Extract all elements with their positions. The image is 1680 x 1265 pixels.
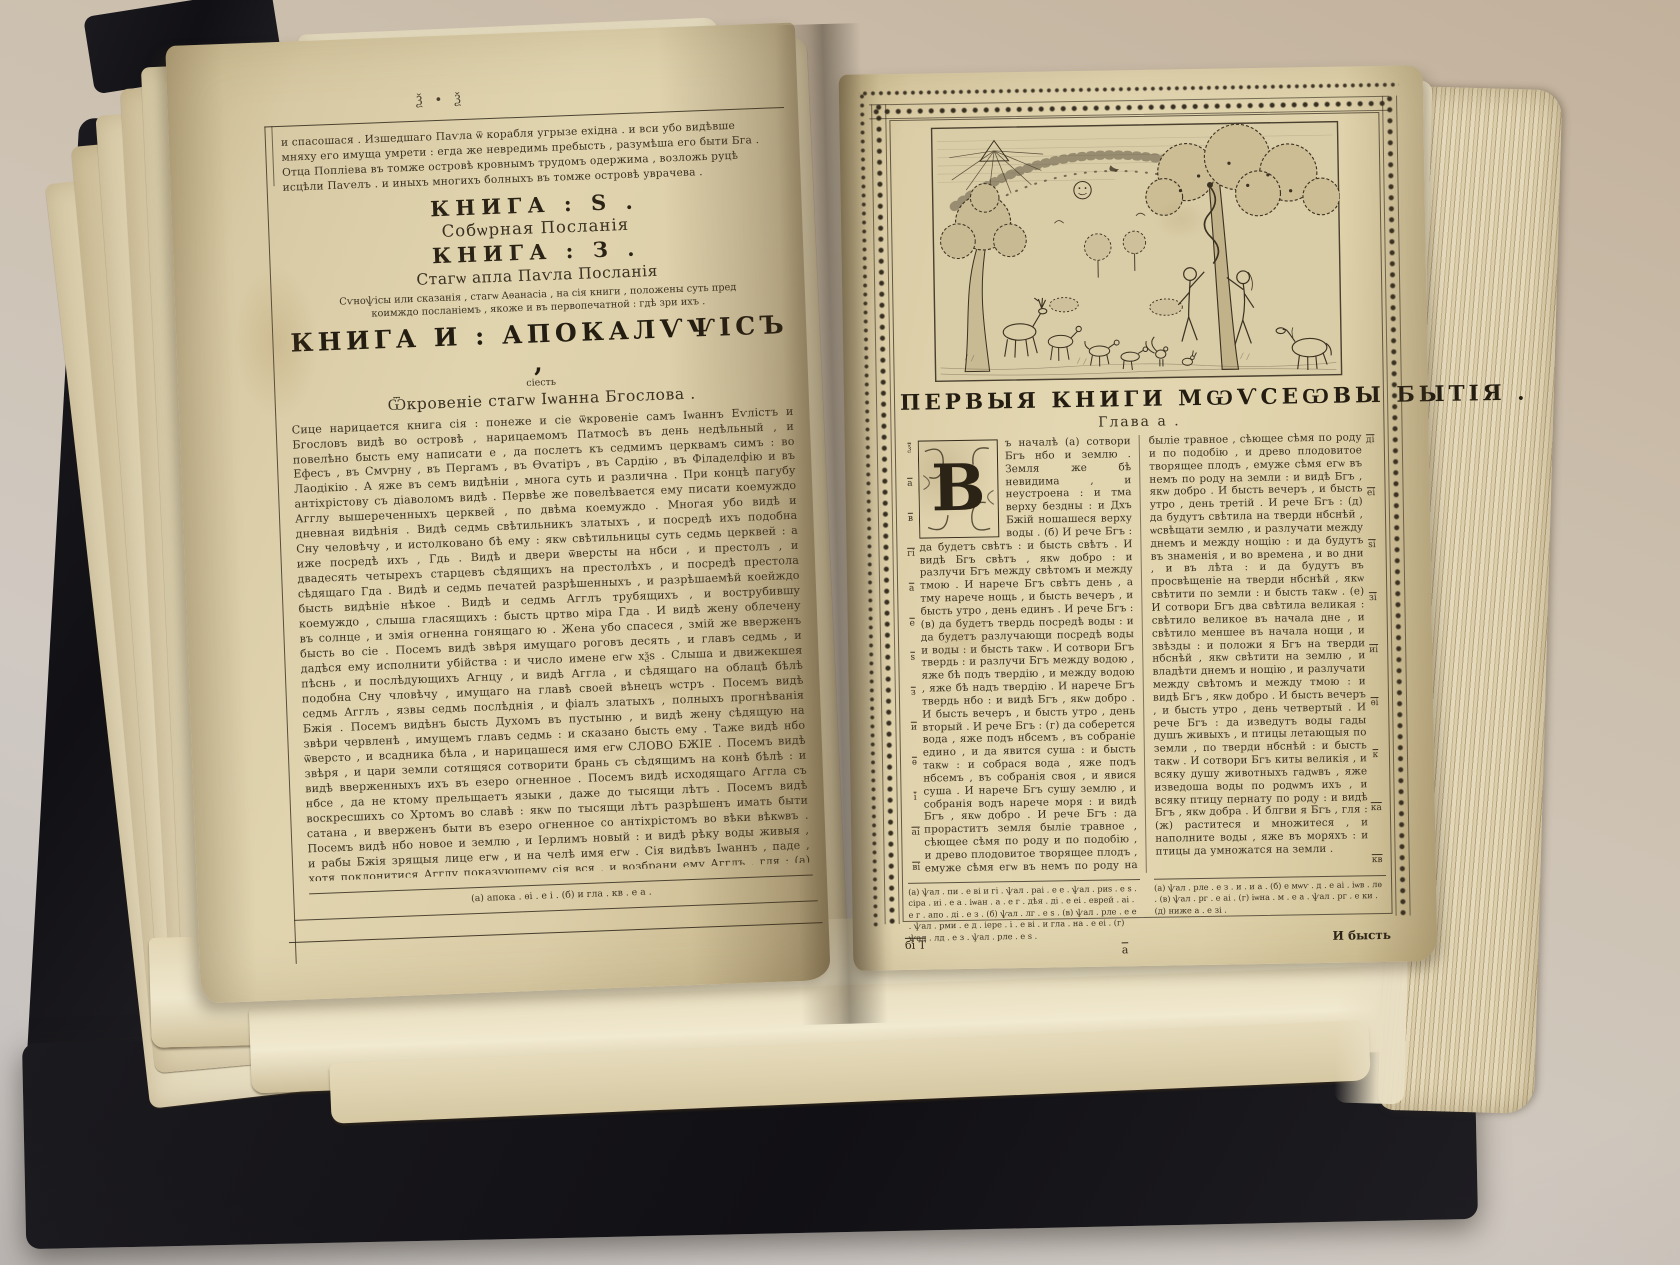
right-page: ПЕРВЫЯ КНИГИ МѠѴСЕѠВЫ БЫТІЯ . Глава а . … [839,65,1438,971]
left-page-footnote: (а) апока . ѳі . е і . (б) и гла . кв . … [309,880,813,910]
border-ornament-top-outer [859,80,1399,99]
folio-number: а [1122,943,1129,956]
decorated-initial-V: В [918,439,1000,538]
catchword: И бысть [1332,928,1391,943]
footnotes: (а) ѱал . пи . е ві и гі . ѱал . раі . е… [908,875,1387,944]
genesis-column-1: В ъ началѣ (а) сотвори Бгъ нбо и землю .… [918,435,1138,876]
signature-mark-left: бі Т [905,939,926,952]
genesis-text-columns: ѯавгіаеѕзиѳіаіві В ъ началѣ (а) сотвори … [901,431,1386,877]
left-page: Ѯ • Ѯ и спасошася . Изшедшаго Паѵла ѿ ко… [165,23,830,1004]
genesis-column-2: быліе травное , сѣющее сѣмя по роду и по… [1139,431,1369,873]
running-text: и спасошася . Изшедшаго Паѵла ѿ корабля … [281,117,785,196]
frame-bottom-rule-outer [289,922,823,943]
footnote-column-1: (а) ѱал . пи . е ві и гі . ѱал . раі . е… [908,879,1141,944]
left-page-text-block: и спасошася . Изшедшаго Паѵла ѿ корабля … [281,117,811,881]
photo-open-antique-bible: Ѯ • Ѯ и спасошася . Изшедшаго Паѵла ѿ ко… [0,0,1680,1265]
frame-left-rule-inner [271,126,274,186]
eden-engraving-illustration [930,121,1342,383]
apocalypse-synopsis-text: Сице нарицается книга сія : понеже и сіе… [291,404,810,881]
